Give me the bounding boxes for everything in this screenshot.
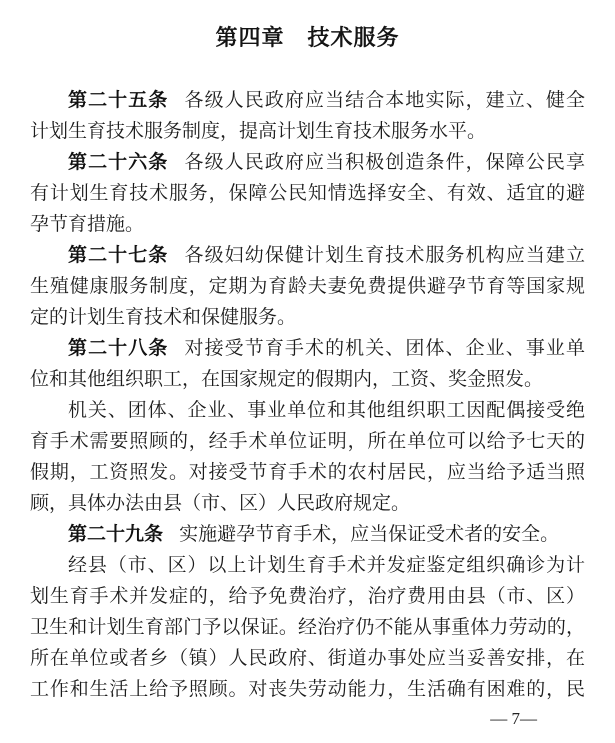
article-number: 第二十九条 (68, 524, 163, 545)
line-text: 卫生和计划生育部门予以保证。经治疗仍不能从事重体力劳动的， (30, 617, 585, 638)
line-text: 定的计划生育技术和保健服务。 (30, 307, 296, 328)
line-text: 位和其他组织职工，在国家规定的假期内，工资、奖金照发。 (30, 369, 543, 390)
line-text: 有计划生育技术服务，保障公民知情选择安全、有效、适宜的避 (30, 183, 585, 204)
line-text: 假期，工资照发。对接受节育手术的农村居民，应当给予适当照 (30, 462, 585, 483)
line-text: 计划生育技术服务制度，提高计划生育技术服务水平。 (30, 121, 486, 142)
text-line: 位和其他组织职工，在国家规定的假期内，工资、奖金照发。 (30, 364, 585, 395)
article-number: 第二十七条 (68, 245, 168, 266)
article-number: 第二十五条 (68, 90, 168, 111)
text-line: 定的计划生育技术和保健服务。 (30, 302, 585, 333)
article-number: 第二十八条 (68, 338, 168, 359)
line-text: 工作和生活上给予照顾。对丧失劳动能力，生活确有困难的，民 (30, 679, 585, 700)
page-footer: — 7— (0, 709, 615, 729)
line-text: 实施避孕节育手术，应当保证受术者的安全。 (179, 524, 559, 545)
text-line: 假期，工资照发。对接受节育手术的农村居民，应当给予适当照 (30, 457, 585, 488)
text-line: 第二十九条实施避孕节育手术，应当保证受术者的安全。 (30, 519, 585, 550)
text-line: 有计划生育技术服务，保障公民知情选择安全、有效、适宜的避 (30, 178, 585, 209)
line-text: 对接受节育手术的机关、团体、企业、事业单 (185, 338, 585, 359)
paragraph: 第二十六条各级人民政府应当积极创造条件，保障公民享有计划生育技术服务，保障公民知… (30, 147, 585, 240)
text-line: 第二十六条各级人民政府应当积极创造条件，保障公民享 (30, 147, 585, 178)
text-line: 卫生和计划生育部门予以保证。经治疗仍不能从事重体力劳动的， (30, 612, 585, 643)
line-text: 所在单位或者乡（镇）人民政府、街道办事处应当妥善安排，在 (30, 648, 585, 669)
text-line: 第二十五条各级人民政府应当结合本地实际，建立、健全 (30, 85, 585, 116)
paragraph: 第二十八条对接受节育手术的机关、团体、企业、事业单位和其他组织职工，在国家规定的… (30, 333, 585, 395)
text-line: 计划生育技术服务制度，提高计划生育技术服务水平。 (30, 116, 585, 147)
line-text: 育手术需要照顾的，经手术单位证明，所在单位可以给予七天的 (30, 431, 585, 452)
text-line: 孕节育措施。 (30, 209, 585, 240)
document-body: 第二十五条各级人民政府应当结合本地实际，建立、健全计划生育技术服务制度，提高计划… (30, 85, 585, 705)
chapter-title: 第四章 技术服务 (0, 0, 615, 51)
paragraph: 经县（市、区）以上计划生育手术并发症鉴定组织确诊为计划生育手术并发症的，给予免费… (30, 550, 585, 705)
text-line: 育手术需要照顾的，经手术单位证明，所在单位可以给予七天的 (30, 426, 585, 457)
line-text: 各级人民政府应当积极创造条件，保障公民享 (185, 152, 585, 173)
text-line: 顾，具体办法由县（市、区）人民政府规定。 (30, 488, 585, 519)
text-line: 所在单位或者乡（镇）人民政府、街道办事处应当妥善安排，在 (30, 643, 585, 674)
document-page: 第四章 技术服务 第二十五条各级人民政府应当结合本地实际，建立、健全计划生育技术… (0, 0, 615, 743)
paragraph: 第二十五条各级人民政府应当结合本地实际，建立、健全计划生育技术服务制度，提高计划… (30, 85, 585, 147)
line-text: 生殖健康服务制度，定期为育龄夫妻免费提供避孕节育等国家规 (30, 276, 585, 297)
line-text: 各级人民政府应当结合本地实际，建立、健全 (185, 90, 585, 111)
text-line: 第二十八条对接受节育手术的机关、团体、企业、事业单 (30, 333, 585, 364)
text-line: 机关、团体、企业、事业单位和其他组织职工因配偶接受绝 (30, 395, 585, 426)
text-line: 工作和生活上给予照顾。对丧失劳动能力，生活确有困难的，民 (30, 674, 585, 705)
line-text: 各级妇幼保健计划生育技术服务机构应当建立 (185, 245, 585, 266)
text-line: 第二十七条各级妇幼保健计划生育技术服务机构应当建立 (30, 240, 585, 271)
text-line: 生殖健康服务制度，定期为育龄夫妻免费提供避孕节育等国家规 (30, 271, 585, 302)
line-text: 划生育手术并发症的，给予免费治疗，治疗费用由县（市、区） (30, 586, 585, 607)
line-text: 机关、团体、企业、事业单位和其他组织职工因配偶接受绝 (68, 400, 585, 421)
line-text: 经县（市、区）以上计划生育手术并发症鉴定组织确诊为计 (68, 555, 585, 576)
paragraph: 第二十九条实施避孕节育手术，应当保证受术者的安全。 (30, 519, 585, 550)
text-line: 划生育手术并发症的，给予免费治疗，治疗费用由县（市、区） (30, 581, 585, 612)
paragraph: 机关、团体、企业、事业单位和其他组织职工因配偶接受绝育手术需要照顾的，经手术单位… (30, 395, 585, 519)
line-text: 顾，具体办法由县（市、区）人民政府规定。 (30, 493, 410, 514)
line-text: 孕节育措施。 (30, 214, 144, 235)
paragraph: 第二十七条各级妇幼保健计划生育技术服务机构应当建立生殖健康服务制度，定期为育龄夫… (30, 240, 585, 333)
article-number: 第二十六条 (68, 152, 168, 173)
page-number: — 7— (490, 709, 537, 728)
text-line: 经县（市、区）以上计划生育手术并发症鉴定组织确诊为计 (30, 550, 585, 581)
